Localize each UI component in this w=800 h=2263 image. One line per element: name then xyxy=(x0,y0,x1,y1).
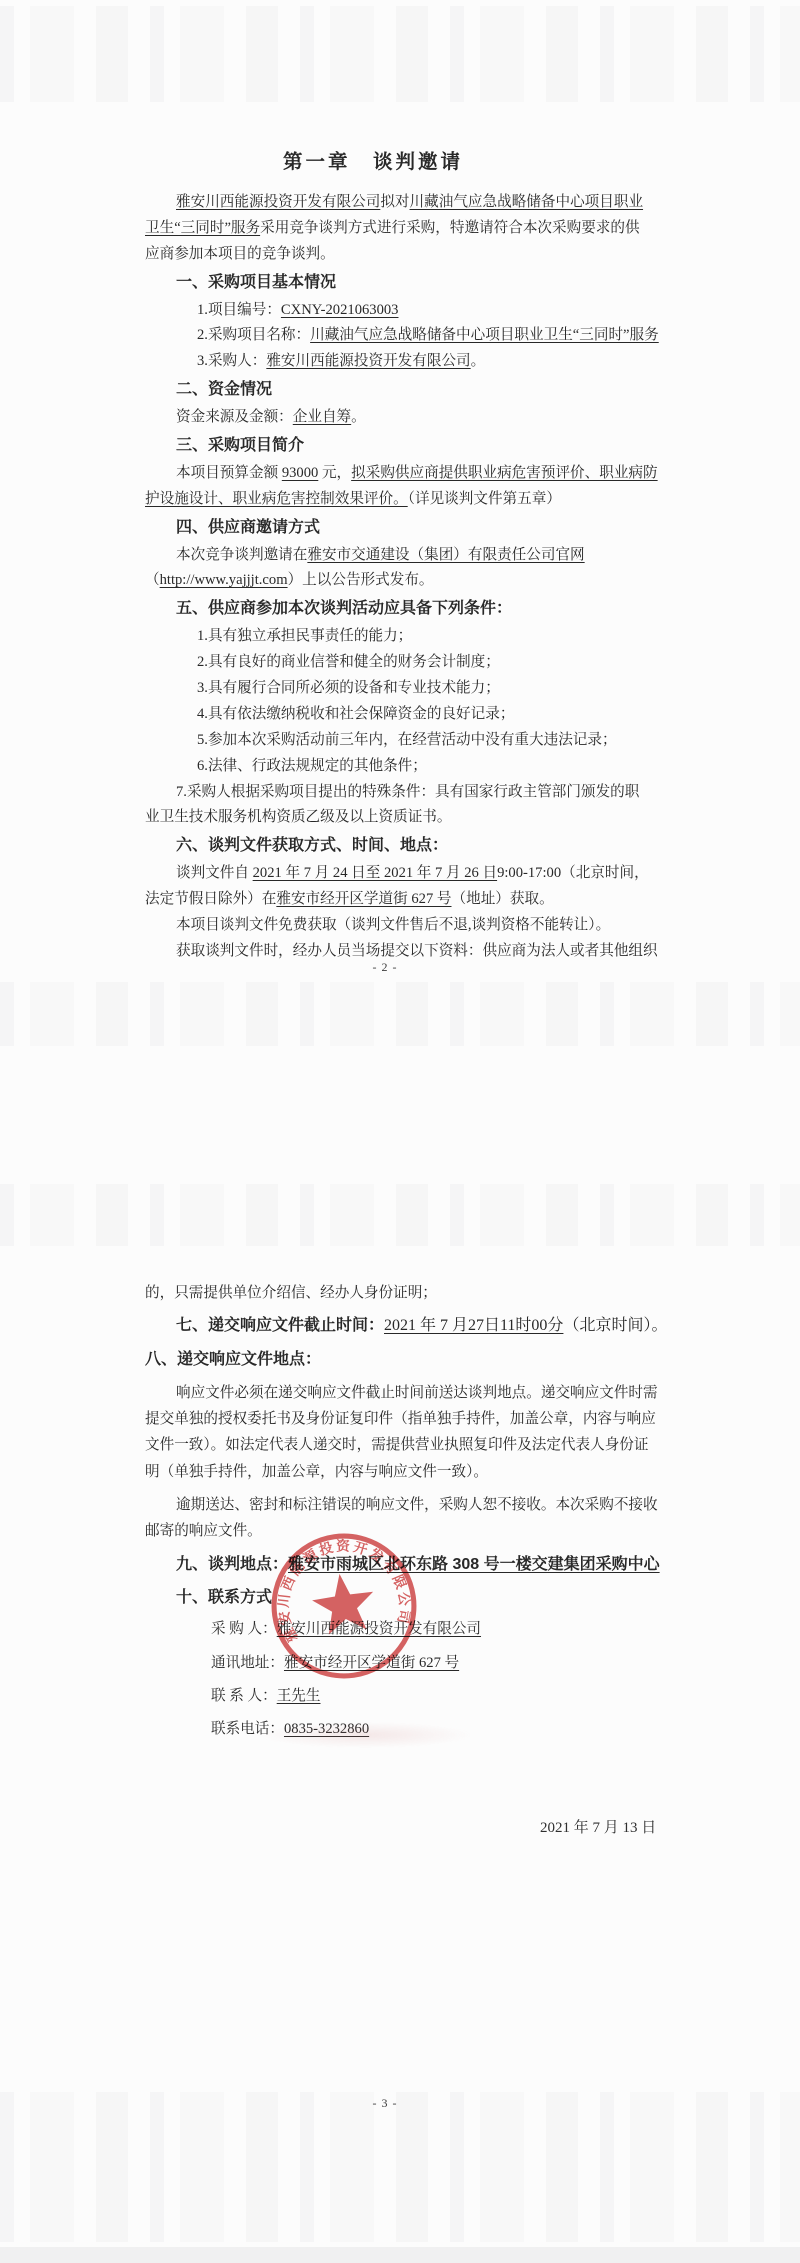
text-line: 八、递交响应文件地点： xyxy=(145,1347,701,1373)
section-heading: 六、谈判文件获取方式、时间、地点： xyxy=(145,833,701,859)
text-segment: 5.参加本次采购活动前三年内，在经营活动中没有重大违法记录； xyxy=(197,732,617,748)
text-segment: 应商参加本项目的竞争谈判。 xyxy=(145,246,335,262)
text-segment: 十、联系方式 xyxy=(176,1589,272,1606)
text-line: 护设施设计、职业病危害控制效果评价。（详见谈判文件第五章） xyxy=(145,487,701,513)
paragraph: 逾期送达、密封和标注错误的响应文件，采购人恕不接收。本次采购不接收邮寄的响应文件… xyxy=(145,1492,701,1545)
text-line: 采 购 人：雅安川西能源投资开发有限公司 xyxy=(211,1613,701,1646)
text-segment: 护设施设计、职业病危害控制效果评价。 xyxy=(145,491,408,507)
paragraph: 本项目谈判文件免费获取（谈判文件售后不退,谈判资格不能转让）。 xyxy=(145,913,701,939)
text-line: 六、谈判文件获取方式、时间、地点： xyxy=(176,833,701,859)
text-segment: 联系电话： xyxy=(211,1721,284,1737)
contact-line: 联 系 人：王先生 xyxy=(145,1680,701,1713)
text-line: 七、递交响应文件截止时间：2021 年 7 月27日11时00分（北京时间）。 xyxy=(176,1313,701,1339)
text-segment: 3.具有履行合同所必须的设备和专业技术能力； xyxy=(197,680,500,696)
paragraph: 谈判文件自 2021 年 7 月 24 日至 2021 年 7 月 26 日9:… xyxy=(145,861,701,913)
text-line: 提交单独的授权委托书及身份证复印件（指单独手持件，加盖公章，内容与响应 xyxy=(145,1406,701,1432)
text-segment: 7.采购人根据采购项目提出的特殊条件：具有国家行政主管部门颁发的职 xyxy=(176,784,639,800)
text-segment: 6.法律、行政法规规定的其他条件； xyxy=(197,758,427,774)
section-heading: 十、联系方式 xyxy=(145,1585,701,1611)
text-segment: 2.采购项目名称： xyxy=(197,327,310,343)
text-segment: 采用竞争谈判方式进行采购，特邀请符合本次采购要求的供 xyxy=(260,220,639,236)
text-line: 5.参加本次采购活动前三年内，在经营活动中没有重大违法记录； xyxy=(197,728,701,754)
section-heading: 一、采购项目基本情况 xyxy=(145,270,701,296)
text-segment: 本次竞争谈判邀请在 xyxy=(176,547,307,563)
text-segment: 。 xyxy=(471,353,486,369)
text-line: 7.采购人根据采购项目提出的特殊条件：具有国家行政主管部门颁发的职 xyxy=(145,780,701,806)
text-segment: 文件一致）。如法定代表人递交时，需提供营业执照复印件及法定代表人身份证 xyxy=(145,1437,649,1453)
paragraph: 本次竞争谈判邀请在雅安市交通建设（集团）有限责任公司官网（http://www.… xyxy=(145,543,701,595)
text-line: 本项目预算金额 93000 元，拟采购供应商提供职业病危害预评价、职业病防 xyxy=(145,461,701,487)
text-segment: 9:00-17:00（北京时间， xyxy=(497,865,649,881)
text-line: 6.法律、行政法规规定的其他条件； xyxy=(197,754,701,780)
text-line: 4.具有依法缴纳税收和社会保障资金的良好记录； xyxy=(197,702,701,728)
list-item: 1.具有独立承担民事责任的能力； xyxy=(145,624,701,650)
list-item: 1.项目编号：CXNY-2021063003 xyxy=(145,298,701,324)
section-heading: 九、谈判地点：雅安市雨城区北环东路 308 号一楼交建集团采购中心 xyxy=(145,1552,701,1578)
text-segment: 元， xyxy=(318,465,351,481)
text-line: 卫生“三同时”服务采用竞争谈判方式进行采购，特邀请符合本次采购要求的供 xyxy=(145,216,701,242)
text-segment: 川藏油气应急战略储备中心项目职业卫生“三同时”服务 xyxy=(310,327,659,343)
text-segment: 响应文件必须在递交响应文件截止时间前送达谈判地点。递交响应文件时需 xyxy=(176,1385,658,1401)
text-line: 的，只需提供单位介绍信、经办人身份证明； xyxy=(145,1280,701,1306)
scan-stripe-artifact-gap-upper xyxy=(0,982,800,1046)
text-segment: 联 系 人： xyxy=(211,1688,277,1704)
text-line: 谈判文件自 2021 年 7 月 24 日至 2021 年 7 月 26 日9:… xyxy=(145,861,701,887)
text-segment: 采 购 人： xyxy=(211,1621,277,1637)
text-segment: 提交单独的授权委托书及身份证复印件（指单独手持件，加盖公章，内容与响应 xyxy=(145,1411,656,1427)
text-line: 三、采购项目简介 xyxy=(176,433,701,459)
text-segment: 明（单独手持件，加盖公章，内容与响应文件一致）。 xyxy=(145,1464,488,1480)
scan-stripe-artifact-gap-lower xyxy=(0,1184,800,1246)
text-segment: 九、谈判地点： xyxy=(176,1556,288,1573)
list-item: 5.参加本次采购活动前三年内，在经营活动中没有重大违法记录； xyxy=(145,728,701,754)
text-line: 1.项目编号：CXNY-2021063003 xyxy=(197,298,701,324)
text-segment: 4.具有依法缴纳税收和社会保障资金的良好记录； xyxy=(197,706,514,722)
text-line: 逾期送达、密封和标注错误的响应文件，采购人恕不接收。本次采购不接收 xyxy=(145,1492,701,1518)
scanned-document: 第一章 谈判邀请雅安川西能源投资开发有限公司拟对川藏油气应急战略储备中心项目职业… xyxy=(0,0,800,2263)
list-item: 2.具有良好的商业信誉和健全的财务会计制度； xyxy=(145,650,701,676)
paragraph: 的，只需提供单位介绍信、经办人身份证明； xyxy=(145,1280,701,1306)
list-item: 6.法律、行政法规规定的其他条件； xyxy=(145,754,701,780)
text-line: 响应文件必须在递交响应文件截止时间前送达谈判地点。递交响应文件时需 xyxy=(145,1380,701,1406)
text-line: 明（单独手持件，加盖公章，内容与响应文件一致）。 xyxy=(145,1459,701,1485)
contact-line: 联系电话：0835-3232860 xyxy=(145,1713,701,1746)
contact-line: 通讯地址：雅安市经开区学道街 627 号 xyxy=(145,1647,701,1680)
text-segment: 93000 xyxy=(282,465,318,481)
list-item: 4.具有依法缴纳税收和社会保障资金的良好记录； xyxy=(145,702,701,728)
text-line: 资金来源及金额：企业自筹。 xyxy=(145,405,701,431)
section-heading: 四、供应商邀请方式 xyxy=(145,515,701,541)
text-segment: 3.采购人： xyxy=(197,353,266,369)
text-line: 五、供应商参加本次谈判活动应具备下列条件： xyxy=(176,596,701,622)
text-segment: 2.具有良好的商业信誉和健全的财务会计制度； xyxy=(197,654,500,670)
text-segment: 雅安川西能源投资开发有限公司 xyxy=(266,353,470,369)
text-segment: 本项目预算金额 xyxy=(176,465,282,481)
paragraph: 本项目预算金额 93000 元，拟采购供应商提供职业病危害预评价、职业病防护设施… xyxy=(145,461,701,513)
text-segment: 拟采购供应商提供职业病危害预评价、职业病防 xyxy=(351,465,657,481)
text-segment: 拟对 xyxy=(380,194,409,210)
text-segment: 的，只需提供单位介绍信、经办人身份证明； xyxy=(145,1285,437,1301)
text-segment: （详见谈判文件第五章） xyxy=(408,491,561,507)
text-segment: 七、递交响应文件截止时间： xyxy=(176,1317,384,1334)
text-segment: 企业自筹 xyxy=(293,409,351,425)
text-segment: （ xyxy=(145,572,160,588)
text-segment: 二、资金情况 xyxy=(176,381,272,398)
text-line: 3.具有履行合同所必须的设备和专业技术能力； xyxy=(197,676,701,702)
document-date: 2021 年 7 月 13 日 xyxy=(540,1816,656,1837)
text-segment: 雅安市交通建设（集团）有限责任公司官网 xyxy=(307,547,584,563)
text-line: 联 系 人：王先生 xyxy=(211,1680,701,1713)
text-line: 1.具有独立承担民事责任的能力； xyxy=(197,624,701,650)
paragraph: 资金来源及金额：企业自筹。 xyxy=(145,405,701,431)
text-segment: 0835-3232860 xyxy=(284,1721,369,1737)
section-heading: 七、递交响应文件截止时间：2021 年 7 月27日11时00分（北京时间）。 xyxy=(145,1313,701,1339)
text-line: 应商参加本项目的竞争谈判。 xyxy=(145,242,701,268)
paragraph: 响应文件必须在递交响应文件截止时间前送达谈判地点。递交响应文件时需提交单独的授权… xyxy=(145,1380,701,1485)
scan-stripe-artifact-bottom xyxy=(0,2092,800,2242)
text-line: 文件一致）。如法定代表人递交时，需提供营业执照复印件及法定代表人身份证 xyxy=(145,1432,701,1458)
section-heading: 五、供应商参加本次谈判活动应具备下列条件： xyxy=(145,596,701,622)
text-line: 业卫生技术服务机构资质乙级及以上资质证书。 xyxy=(145,805,701,831)
text-segment: 逾期送达、密封和标注错误的响应文件，采购人恕不接收。本次采购不接收 xyxy=(176,1497,658,1513)
text-segment: 雅安市经开区学道街 627 号 xyxy=(276,891,451,907)
section-heading: 二、资金情况 xyxy=(145,377,701,403)
text-line: 邮寄的响应文件。 xyxy=(145,1518,701,1544)
page-2-content: 第一章 谈判邀请雅安川西能源投资开发有限公司拟对川藏油气应急战略储备中心项目职业… xyxy=(145,147,701,965)
text-segment: 雅安川西能源投资开发有限公司 xyxy=(277,1621,481,1637)
text-segment: 邮寄的响应文件。 xyxy=(145,1523,262,1539)
text-segment: http://www.yajjjt.com xyxy=(160,572,288,588)
text-line: 九、谈判地点：雅安市雨城区北环东路 308 号一楼交建集团采购中心 xyxy=(176,1552,701,1578)
page-number-2: - 2 - xyxy=(310,960,460,975)
text-segment: 本项目谈判文件免费获取（谈判文件售后不退,谈判资格不能转让）。 xyxy=(176,917,610,933)
page-3-content: 的，只需提供单位介绍信、经办人身份证明；七、递交响应文件截止时间：2021 年 … xyxy=(145,1273,701,1747)
list-item: 2.采购项目名称：川藏油气应急战略储备中心项目职业卫生“三同时”服务 xyxy=(145,323,701,349)
section-heading: 三、采购项目简介 xyxy=(145,433,701,459)
text-segment: CXNY-2021063003 xyxy=(281,302,399,318)
text-segment: 2021 年 7 月27日11时00分 xyxy=(384,1317,563,1334)
text-segment: 。 xyxy=(351,409,366,425)
text-segment: ）上以公告形式发布。 xyxy=(288,572,434,588)
text-line: 第一章 谈判邀请 xyxy=(103,147,643,177)
paragraph: 雅安川西能源投资开发有限公司拟对川藏油气应急战略储备中心项目职业卫生“三同时”服… xyxy=(145,190,701,268)
text-segment: 2021 年 7 月 24 日至 2021 年 7 月 26 日 xyxy=(253,865,497,881)
scan-stripe-artifact-top xyxy=(0,6,800,102)
section-heading: 八、递交响应文件地点： xyxy=(145,1347,701,1373)
chapter-title: 第一章 谈判邀请 xyxy=(103,147,643,177)
contact-line: 采 购 人：雅安川西能源投资开发有限公司 xyxy=(145,1613,701,1646)
text-segment: （北京时间）。 xyxy=(563,1317,667,1334)
text-line: 十、联系方式 xyxy=(176,1585,701,1611)
text-line: 四、供应商邀请方式 xyxy=(176,515,701,541)
text-segment: 通讯地址： xyxy=(211,1655,284,1671)
text-segment: 获取谈判文件时，经办人员当场提交以下资料：供应商为法人或者其他组织 xyxy=(176,943,658,959)
text-segment: 法定节假日除外）在 xyxy=(145,891,276,907)
text-segment: 王先生 xyxy=(277,1688,321,1704)
scan-edge-shadow xyxy=(0,2247,800,2263)
text-line: 联系电话：0835-3232860 xyxy=(211,1713,701,1746)
text-line: 一、采购项目基本情况 xyxy=(176,270,701,296)
text-segment: 一、采购项目基本情况 xyxy=(176,274,336,291)
text-line: 本次竞争谈判邀请在雅安市交通建设（集团）有限责任公司官网 xyxy=(145,543,701,569)
text-segment: 1.具有独立承担民事责任的能力； xyxy=(197,628,412,644)
list-item: 3.具有履行合同所必须的设备和专业技术能力； xyxy=(145,676,701,702)
page-number-3: - 3 - xyxy=(310,2096,460,2111)
text-segment: 六、谈判文件获取方式、时间、地点： xyxy=(176,837,448,854)
text-segment: 第一章 谈判邀请 xyxy=(283,151,463,173)
text-segment: 雅安市经开区学道街 627 号 xyxy=(284,1655,459,1671)
text-segment: 业卫生技术服务机构资质乙级及以上资质证书。 xyxy=(145,809,451,825)
text-line: （http://www.yajjjt.com）上以公告形式发布。 xyxy=(145,568,701,594)
text-line: 二、资金情况 xyxy=(176,377,701,403)
text-segment: 资金来源及金额： xyxy=(176,409,293,425)
text-line: 2.采购项目名称：川藏油气应急战略储备中心项目职业卫生“三同时”服务 xyxy=(197,323,701,349)
text-segment: 谈判文件自 xyxy=(176,865,253,881)
text-line: 2.具有良好的商业信誉和健全的财务会计制度； xyxy=(197,650,701,676)
text-line: 3.采购人：雅安川西能源投资开发有限公司。 xyxy=(197,349,701,375)
text-line: 雅安川西能源投资开发有限公司拟对川藏油气应急战略储备中心项目职业 xyxy=(145,190,701,216)
paragraph: 7.采购人根据采购项目提出的特殊条件：具有国家行政主管部门颁发的职业卫生技术服务… xyxy=(145,780,701,832)
text-segment: 卫生“三同时”服务 xyxy=(145,220,260,236)
text-segment: 雅安市雨城区北环东路 308 号一楼交建集团采购中心 xyxy=(288,1556,660,1573)
text-segment: （地址）获取。 xyxy=(452,891,554,907)
text-segment: 四、供应商邀请方式 xyxy=(176,519,320,536)
text-segment: 川藏油气应急战略储备中心项目职业 xyxy=(410,194,644,210)
text-segment: 八、递交响应文件地点： xyxy=(145,1351,321,1368)
text-segment: 三、采购项目简介 xyxy=(176,437,304,454)
text-segment: 五、供应商参加本次谈判活动应具备下列条件： xyxy=(176,600,512,617)
text-line: 法定节假日除外）在雅安市经开区学道街 627 号（地址）获取。 xyxy=(145,887,701,913)
text-line: 通讯地址：雅安市经开区学道街 627 号 xyxy=(211,1647,701,1680)
list-item: 3.采购人：雅安川西能源投资开发有限公司。 xyxy=(145,349,701,375)
text-line: 本项目谈判文件免费获取（谈判文件售后不退,谈判资格不能转让）。 xyxy=(145,913,701,939)
text-segment: 雅安川西能源投资开发有限公司 xyxy=(176,194,380,210)
text-segment: 1.项目编号： xyxy=(197,302,281,318)
